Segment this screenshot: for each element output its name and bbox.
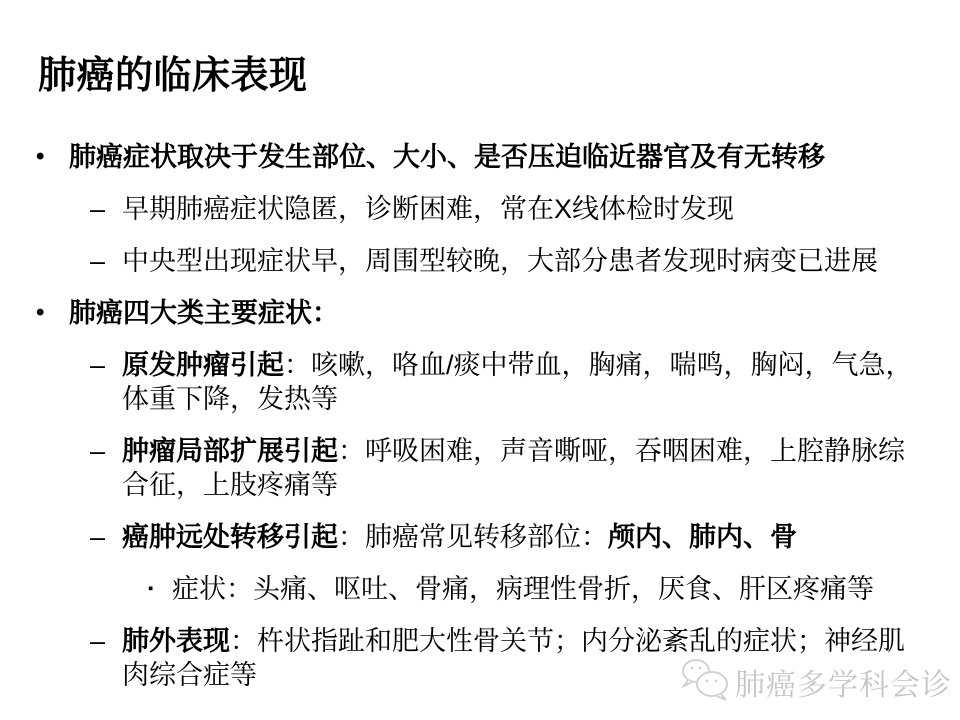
bullet-marker: – [90,434,122,468]
slide: 肺癌的临床表现 •肺癌症状取决于发生部位、大小、是否压迫临近器官及有无转移–早期… [0,0,960,720]
bullet-text: 早期肺癌症状隐匿，诊断困难，常在X线体检时发现 [122,192,960,226]
bullet-item: ▪症状：头痛、呕吐、骨痛，病理性骨折，厌食、肝区疼痛等 [0,572,960,606]
bullet-list: •肺癌症状取决于发生部位、大小、是否压迫临近器官及有无转移–早期肺癌症状隐匿，诊… [0,140,960,710]
bullet-marker: – [90,244,122,278]
bullet-marker: – [90,520,122,554]
bullet-item: –肿瘤局部扩展引起：呼吸困难，声音嘶哑，吞咽困难，上腔静脉综合征，上肢疼痛等 [0,434,960,502]
bullet-item: •肺癌症状取决于发生部位、大小、是否压迫临近器官及有无转移 [0,140,960,174]
bullet-marker: ▪ [148,572,172,606]
bullet-item: –癌肿远处转移引起：肺癌常见转移部位：颅内、肺内、骨 [0,520,960,554]
bullet-text: 症状：头痛、呕吐、骨痛，病理性骨折，厌食、肝区疼痛等 [172,572,960,606]
watermark: 肺癌多学科会诊 [679,656,952,707]
bullet-marker: – [90,624,122,658]
bullet-text: 中央型出现症状早，周围型较晚，大部分患者发现时病变已进展 [122,244,960,278]
bullet-text: 肿瘤局部扩展引起：呼吸困难，声音嘶哑，吞咽困难，上腔静脉综合征，上肢疼痛等 [122,434,960,502]
bullet-marker: – [90,192,122,226]
bullet-item: –原发肿瘤引起：咳嗽，咯血/痰中带血，胸痛，喘鸣，胸闷，气急，体重下降，发热等 [0,348,960,416]
bullet-item: –早期肺癌症状隐匿，诊断困难，常在X线体检时发现 [0,192,960,226]
bullet-item: –中央型出现症状早，周围型较晚，大部分患者发现时病变已进展 [0,244,960,278]
bullet-text: 癌肿远处转移引起：肺癌常见转移部位：颅内、肺内、骨 [122,520,960,554]
watermark-text: 肺癌多学科会诊 [735,660,952,704]
wechat-chat-bubbles-icon [679,656,731,707]
bullet-marker: • [36,140,69,174]
bullet-text: 肺癌四大类主要症状： [69,296,960,330]
bullet-text: 肺癌症状取决于发生部位、大小、是否压迫临近器官及有无转移 [69,140,960,174]
bullet-text: 原发肿瘤引起：咳嗽，咯血/痰中带血，胸痛，喘鸣，胸闷，气急，体重下降，发热等 [122,348,960,416]
bullet-marker: – [90,348,122,382]
bullet-item: •肺癌四大类主要症状： [0,296,960,330]
bullet-marker: • [36,296,69,330]
slide-title: 肺癌的临床表现 [38,44,308,99]
